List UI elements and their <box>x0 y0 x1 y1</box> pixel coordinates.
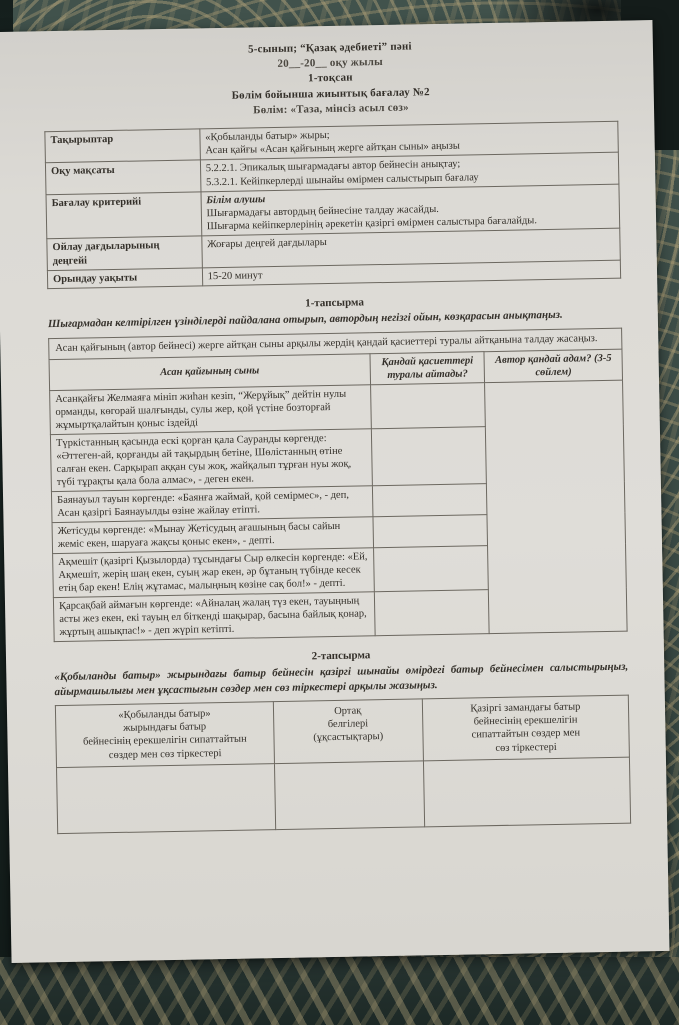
answer-cell-empty[interactable] <box>372 484 487 517</box>
task2-col2-header: Ортақ белгілері (ұқсастықтары) <box>273 699 423 764</box>
info-value-criteria: Білім алушы Шығармадағы автордың бейнесі… <box>201 184 620 236</box>
task1-col3-header: Автор қандай адам? (3-5 сөйлем) <box>484 349 622 383</box>
assessment-info-table: Тақырыптар «Қобыланды батыр» жыры; Асан … <box>44 121 621 290</box>
author-answer-cell-empty[interactable] <box>485 380 627 634</box>
task2-col1-header: «Қобыланды батыр» жырындағы батыр бейнес… <box>55 701 274 767</box>
answer-cell-empty[interactable] <box>370 383 485 429</box>
quote-zheruiyk: Асанқайғы Желмаяға мініп жиһан кезіп, “Ж… <box>50 385 372 435</box>
quote-sauran: Түркістанның қасында ескі қорған қала Са… <box>50 429 372 492</box>
info-label-thinking-level: Ойлау дағдыларының деңгейі <box>47 236 202 270</box>
info-label-duration: Орындау уақыты <box>47 268 202 289</box>
carpet-bottom-band <box>0 957 679 1025</box>
answer-cell-empty[interactable] <box>374 590 489 636</box>
comparison-cell-empty[interactable] <box>274 761 424 830</box>
info-label-criteria: Бағалау критерийі <box>46 192 201 239</box>
task1-analysis-table: Асан қайғының (автор бейнесі) жерге айтқ… <box>48 328 627 642</box>
info-label-objectives: Оқу мақсаты <box>45 160 200 194</box>
table-header-row: «Қобыланды батыр» жырындағы батыр бейнес… <box>55 695 629 767</box>
table-row: Асанқайғы Желмаяға мініп жиһан кезіп, “Ж… <box>50 380 624 435</box>
answer-cell-empty[interactable] <box>373 546 488 592</box>
quote-karsakbai: Қарсақбай аймағын көргенде: «Айналаң жал… <box>53 592 375 642</box>
task2-col3-header: Қазіргі замандағы батыр бейнесінің ерекш… <box>422 695 629 761</box>
comparison-cell-empty[interactable] <box>423 757 630 827</box>
comparison-cell-empty[interactable] <box>57 763 276 833</box>
assessment-sheet: 5-сынып; “Қазақ әдебиеті” пәні 20__-20__… <box>0 20 669 963</box>
quote-akmeshit: Ақмешіт (қазіргі Қызылорда) тұсындағы Сы… <box>53 548 375 598</box>
task2-comparison-table: «Қобыланды батыр» жырындағы батыр бейнес… <box>55 694 631 833</box>
info-label-topics: Тақырыптар <box>45 129 200 163</box>
table-row <box>57 757 631 833</box>
answer-cell-empty[interactable] <box>373 515 488 548</box>
document-header: 5-сынып; “Қазақ әдебиеті” пәні 20__-20__… <box>43 36 618 122</box>
answer-cell-empty[interactable] <box>371 427 487 486</box>
task1-col2-header: Қандай қасиеттері туралы айтады? <box>370 351 485 385</box>
